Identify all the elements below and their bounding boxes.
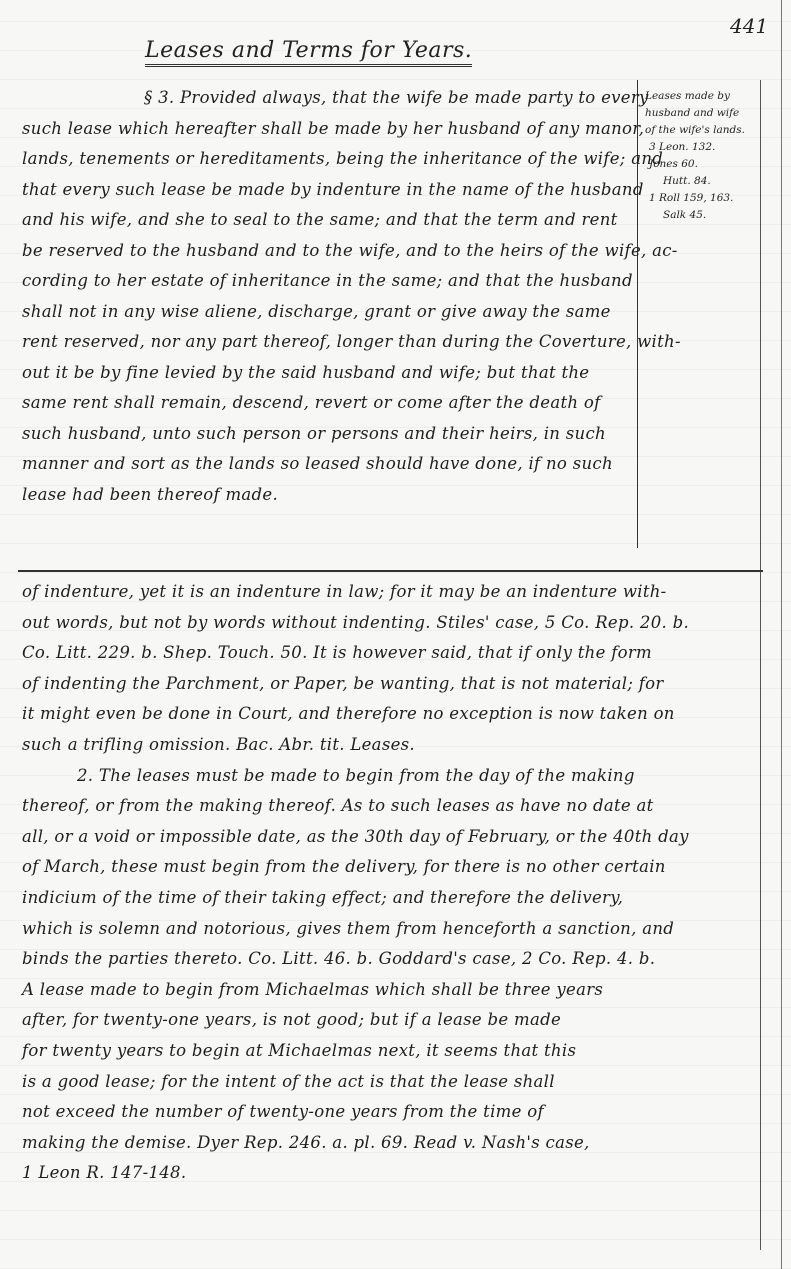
text-line: such lease which hereafter shall be made… [22,114,681,145]
text-line: of March, these must begin from the deli… [22,852,689,883]
page-number: 441 [730,14,768,38]
text-line: Co. Litt. 229. b. Shep. Touch. 50. It is… [22,638,689,669]
text-line: lands, tenements or hereditaments, being… [22,144,681,175]
text-line: rent reserved, nor any part thereof, lon… [22,327,681,358]
text-line: not exceed the number of twenty-one year… [22,1097,689,1128]
margin-note: Leases made by husband and wife of the w… [645,88,745,224]
page-edge-rule [781,0,782,1269]
text-line: § 3. Provided always, that the wife be m… [22,83,681,114]
margin-citation: Hutt. 84. [645,173,745,190]
text-line: of indenting the Parchment, or Paper, be… [22,669,689,700]
text-line: such husband, unto such person or person… [22,419,681,450]
text-line: out it be by fine levied by the said hus… [22,358,681,389]
text-line: be reserved to the husband and to the wi… [22,236,681,267]
margin-heading-line: of the wife's lands. [645,122,745,139]
section-divider [18,570,763,572]
text-line: which is solemn and notorious, gives the… [22,914,689,945]
text-line: after, for twenty-one years, is not good… [22,1005,689,1036]
text-line: that every such lease be made by indentu… [22,175,681,206]
text-line: is a good lease; for the intent of the a… [22,1067,689,1098]
margin-citation: Salk 45. [645,207,745,224]
page-title: Leases and Terms for Years. [145,38,472,67]
margin-heading-line: husband and wife [645,105,745,122]
text-line: for twenty years to begin at Michaelmas … [22,1036,689,1067]
text-line: all, or a void or impossible date, as th… [22,822,689,853]
text-line: cording to her estate of inheritance in … [22,266,681,297]
text-line: thereof, or from the making thereof. As … [22,791,689,822]
text-line: lease had been thereof made. [22,480,681,511]
text-line: of indenture, yet it is an indenture in … [22,577,689,608]
text-line: A lease made to begin from Michaelmas wh… [22,975,689,1006]
text-line: shall not in any wise aliene, discharge,… [22,297,681,328]
text-line: 2. The leases must be made to begin from… [22,761,689,792]
text-line: out words, but not by words without inde… [22,608,689,639]
text-line: same rent shall remain, descend, revert … [22,388,681,419]
text-line: binds the parties thereto. Co. Litt. 46.… [22,944,689,975]
margin-rule-right [760,80,761,1250]
text-line: indicium of the time of their taking eff… [22,883,689,914]
text-line: such a trifling omission. Bac. Abr. tit.… [22,730,689,761]
commentary-block: of indenture, yet it is an indenture in … [22,577,689,1189]
statute-block: § 3. Provided always, that the wife be m… [22,83,681,510]
text-line: 1 Leon R. 147-148. [22,1158,689,1189]
margin-citation: 3 Leon. 132. [645,139,745,156]
text-line: it might even be done in Court, and ther… [22,699,689,730]
margin-heading-line: Leases made by [645,88,745,105]
margin-citation: 1 Roll 159, 163. [645,190,745,207]
margin-citation: Jones 60. [645,156,745,173]
text-line: manner and sort as the lands so leased s… [22,449,681,480]
text-line: and his wife, and she to seal to the sam… [22,205,681,236]
text-line: making the demise. Dyer Rep. 246. a. pl.… [22,1128,689,1159]
